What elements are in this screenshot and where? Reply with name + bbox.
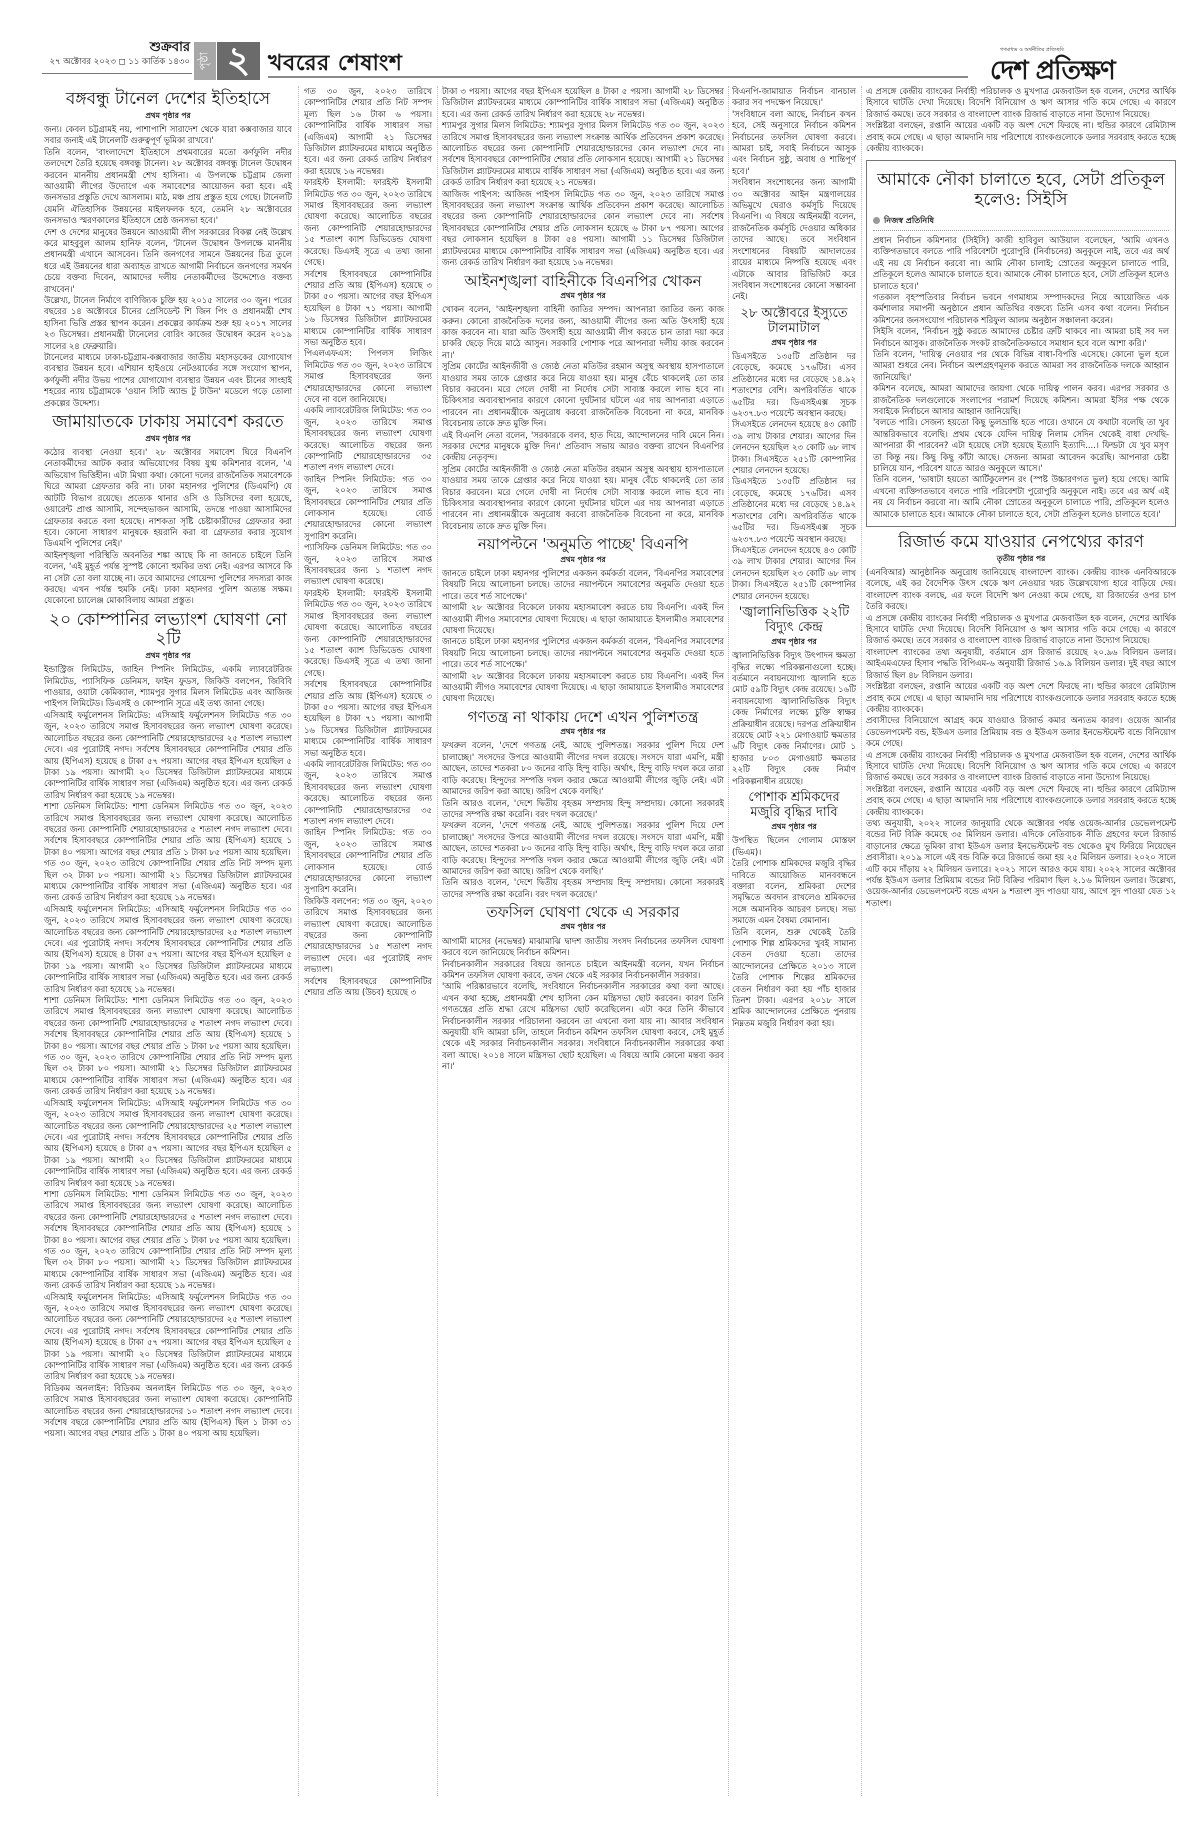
paragraph: জাহিন স্পিনিং লিমিটেড: গত ৩০ জুন, ২০২৩ ত… xyxy=(304,474,432,542)
article-power: 'জ্বালানিভিত্তিক ২২টি বিদ্যুৎ কেন্দ্র প্… xyxy=(732,606,856,787)
paragraph: তিনি আরও বলেন, 'দেশে দ্বিতীয় বৃহত্তম সম… xyxy=(442,877,724,900)
paragraph: নির্বাচনকালীন সরকারের বিষয়ে জানতে চাইলে… xyxy=(442,959,724,982)
paragraph: কঠোর ব্যবস্থা নেওয়া হবে।' ২৮ অক্টোবর সম… xyxy=(44,447,292,550)
continuation-label: প্রথম পৃষ্ঠার পর xyxy=(44,110,292,121)
paragraph: 'বলতে পারি। সেজন্য হয়তো কিছু ভুলভ্রান্ত… xyxy=(873,417,1169,474)
paragraph: এসিআই ফর্মুলেশনস লিমিটেড: এসিআই ফর্মুলেশ… xyxy=(44,1292,292,1383)
paragraph: টাকা ৩ পয়সা। আগের বছর ইপিএস হয়েছিল ৪ ট… xyxy=(442,86,724,120)
paragraph: শাশা ডেনিমস লিমিটেড: শাশা ডেনিমস লিমিটেড… xyxy=(44,801,292,858)
paragraph: একমি ল্যাবরেটরিজ লিমিটেড: গত ৩০ জুন, ২০২… xyxy=(304,405,432,473)
paragraph: পিএলএফএস: পিপলস লিজিং লিমিটেড গত ৩০ জুন,… xyxy=(304,348,432,405)
paragraph: সর্বশেষ হিসাববছরে কোম্পানিটির শেয়ার প্র… xyxy=(304,679,432,759)
paragraph: টানেলের মাধ্যমে ঢাকা-চট্টগ্রাম-কক্সবাজার… xyxy=(44,352,292,409)
headline: গণতন্ত্র না থাকায় দেশে এখন পুলিশতন্ত্র xyxy=(442,709,724,726)
headline: নয়াপল্টনে 'অনুমতি পাচ্ছে' বিএনপি xyxy=(442,536,724,553)
continuation-label: প্রথম পৃষ্ঠার পর xyxy=(732,337,856,348)
headline: রিজার্ভ কমে যাওয়ার নেপথ্যের কারণ xyxy=(866,533,1176,553)
paragraph: 'সংবিধানে বলা আছে, নির্বাচন কখন হবে, সেই… xyxy=(732,109,856,177)
paragraph: একমি ল্যাবরেটরিজ লিমিটেড: গত ৩০ জুন, ২০২… xyxy=(304,759,432,827)
paragraph: এ প্রসঙ্গে কেন্দ্রীয় ব্যাংকের নির্বাহী … xyxy=(866,86,1176,120)
paragraph: ডিএসইতে ১৩৫টি প্রতিষ্ঠান দর বেড়েছে, কমে… xyxy=(732,351,856,419)
paragraph: তিনি আরও বলেন, 'দেশে দ্বিতীয় বৃহত্তম সম… xyxy=(442,798,724,821)
headline: জামায়াতকে ঢাকায় সমাবেশ করতে xyxy=(44,413,292,433)
boxed-article-cec: আমাকে নৌকা চালাতে হবে, সেটা প্রতিকূল হলে… xyxy=(866,160,1176,527)
paragraph: সর্বশেষ হিসাববছরে কোম্পানিটির শেয়ার প্র… xyxy=(304,976,432,999)
paragraph: উপস্থিত ছিলেন গোলাম মোস্তফা (ভিএম)। xyxy=(732,835,856,858)
paragraph: দেশ ও দেশের মানুষের উন্নয়নে আওয়ামী লীগ… xyxy=(44,227,292,295)
article-jamaat: জামায়াতকে ঢাকায় সমাবেশ করতে প্রথম পৃষ্… xyxy=(44,413,292,607)
paragraph: জানতে চাইলে ঢাকা মহানগর পুলিশের একজন কর্… xyxy=(442,568,724,602)
headline: ২৮ অক্টোবরে ইস্যুতে টালমাটাল xyxy=(732,307,856,337)
paragraph: গত ৩০ জুন, ২০২৩ তারিখে কোম্পানিটির শেয়া… xyxy=(44,1052,292,1098)
paragraph: সংশ্লিষ্টরা বলছেন, রপ্তানি আয়ের একটি বড… xyxy=(866,120,1176,154)
paragraph: গত ৩০ জুন, ২০২৩ তারিখে কোম্পানিটির শেয়া… xyxy=(44,1246,292,1292)
paragraph: গতকাল বৃহস্পতিবার নির্বাচন ভবনে গণমাধ্যম… xyxy=(873,292,1169,326)
weekday: শুক্রবার xyxy=(40,40,190,56)
paragraph: জাহিন স্পিনিং লিমিটেড: গত ৩০ জুন, ২০২৩ ত… xyxy=(304,827,432,895)
page-label: পৃষ্ঠা xyxy=(194,42,216,80)
bullet-icon xyxy=(873,217,880,224)
article-police-state: গণতন্ত্র না থাকায় দেশে এখন পুলিশতন্ত্র … xyxy=(442,709,724,900)
article-dividend: ২০ কোম্পানির লভ্যাংশ ঘোষণা নো ২টি প্রথম … xyxy=(44,611,292,1440)
article-reserve: রিজার্ভ কমে যাওয়ার নেপথ্যের কারণ তৃতীয়… xyxy=(866,533,1176,909)
paragraph: প্রবাসীদের বিনিয়োগে আগ্রহ কমে যাওয়াও র… xyxy=(866,715,1176,749)
paragraph: জিকিউ বলপেন: গত ৩০ জুন, ২০২৩ তারিখে সমাপ… xyxy=(304,896,432,976)
paragraph: আগামী ২৮ অক্টোবর বিকেলে ঢাকায় মহাসমাবেশ… xyxy=(442,602,724,636)
paragraph: তথ্য অনুযায়ী, ২০২২ সালের জানুয়ারি থেকে… xyxy=(866,818,1176,909)
headline: পোশাক শ্রমিকদের মজুরি বৃদ্ধির দাবি xyxy=(732,791,856,821)
paragraph: তৈরি পোশাক শ্রমিকদের মজুরি বৃদ্ধির দাবিত… xyxy=(732,858,856,926)
column-5: এ প্রসঙ্গে কেন্দ্রীয় ব্যাংকের নির্বাহী … xyxy=(866,86,1176,1826)
article-caretaker: তফসিল ঘোষণা থেকে এ সরকার প্রথম পৃষ্ঠার প… xyxy=(442,904,724,1073)
paragraph: (এনবিআর) আনুষ্ঠানিক অনুরোধ জানিয়েছে বাং… xyxy=(866,567,1176,613)
column-divider xyxy=(437,86,438,1796)
headline: ২০ কোম্পানির লভ্যাংশ ঘোষণা নো ২টি xyxy=(44,611,292,650)
paragraph: জন্য। কেবল চট্টগ্রামই নয়, পাশাপাশি সারা… xyxy=(44,124,292,147)
paragraph: জ্বালানিভিত্তিক বিদ্যুৎ উৎপাদন ক্ষমতা বৃ… xyxy=(732,650,856,787)
column-1: বঙ্গবন্ধু টানেল দেশের ইতিহাসে প্রথম পৃষ্… xyxy=(44,86,292,1786)
continuation-label: প্রথম পৃষ্ঠার পর xyxy=(442,554,724,565)
paragraph: কমিশন বলেছে, আমরা আমাদের জায়গা থেকে দায… xyxy=(873,383,1169,417)
paragraph: এ প্রসঙ্গে কেন্দ্রীয় ব্যাংকের নির্বাহী … xyxy=(866,613,1176,647)
paragraph: ফারইস্ট ইসলামী: ফারইস্ট ইসলামী লিমিটেড গ… xyxy=(304,177,432,268)
paragraph: ডিএসইতে ১৩৫টি প্রতিষ্ঠান দর বেড়েছে, কমে… xyxy=(732,476,856,544)
paragraph: এসিআই ফর্মুলেশনস লিমিটেড: এসিআই ফর্মুলেশ… xyxy=(44,904,292,995)
continuation-label: প্রথম পৃষ্ঠার পর xyxy=(44,650,292,661)
paragraph: তিনি বলেন, 'ভাষাটা হয়তো আর্টিকুলেশন রং … xyxy=(873,474,1169,520)
paragraph: ইন্ডাস্ট্রিজ লিমিটেড, জাহিন স্পিনিং লিমি… xyxy=(44,664,292,710)
headline: তফসিল ঘোষণা থেকে এ সরকার xyxy=(442,904,724,921)
paragraph: জানতে চাইলে ঢাকা মহানগর পুলিশের একজন কর্… xyxy=(442,636,724,670)
paragraph: এই বিএনপি নেতা বলেন, 'সরকারকে বলব, হাত দ… xyxy=(442,430,724,464)
paragraph: সংবিধান সংশোধনের জন্য আগামী ৩০ অক্টোবর আ… xyxy=(732,177,856,302)
article-nayapaltan: নয়াপল্টনে 'অনুমতি পাচ্ছে' বিএনপি প্রথম … xyxy=(442,536,724,705)
date-divider xyxy=(42,73,192,74)
paragraph: খোকন বলেন, 'আইনশৃঙ্খলা বাহিনী জাতির সম্প… xyxy=(442,304,724,361)
paragraph: তিনি বলেন, 'বাংলাদেশে ইতিহাসে প্রথমবারের… xyxy=(44,147,292,227)
column-divider xyxy=(728,86,729,1796)
paragraph: উল্লেখ্য, টানেল নির্মাণে বাণিজ্যিক চুক্ত… xyxy=(44,295,292,352)
column-divider xyxy=(861,86,862,1796)
article-issue-28: ২৮ অক্টোবরে ইস্যুতে টালমাটাল প্রথম পৃষ্ঠ… xyxy=(732,307,856,602)
paragraph: বিএনপি-জামায়াত নির্বাচন বানচাল করার সব … xyxy=(732,86,856,109)
headline: 'জ্বালানিভিত্তিক ২২টি বিদ্যুৎ কেন্দ্র xyxy=(732,606,856,636)
paragraph: সংশ্লিষ্টরা বলছেন, রপ্তানি আয়ের একটি বড… xyxy=(866,784,1176,818)
continuation-label: প্রথম পৃষ্ঠার পর xyxy=(44,433,292,444)
paragraph: ফখরুল বলেন, 'দেশে গণতন্ত্র নেই, আছে পুলি… xyxy=(442,820,724,877)
paragraph: ফারইস্ট ইসলামী: ফারইস্ট ইসলামী লিমিটেড গ… xyxy=(304,588,432,679)
paragraph: এ প্রসঙ্গে কেন্দ্রীয় ব্যাংকের নির্বাহী … xyxy=(866,750,1176,784)
paragraph: শ্যামপুর সুগার মিলস লিমিটেড: শ্যামপুর সু… xyxy=(442,120,724,188)
continuation-label: প্রথম পৃষ্ঠার পর xyxy=(442,726,724,737)
paragraph: সর্বশেষ হিসাববছরে কোম্পানিটির শেয়ার প্র… xyxy=(304,269,432,349)
continuation-label: প্রথম পৃষ্ঠার পর xyxy=(442,290,724,301)
column-4: বিএনপি-জামায়াত নির্বাচন বানচাল করার সব … xyxy=(732,86,856,1826)
paragraph: বিডিকম অনলাইন: বিডিকম অনলাইন লিমিটেড গত … xyxy=(44,1383,292,1440)
paragraph: শাশা ডেনিমস লিমিটেড: শাশা ডেনিমস লিমিটেড… xyxy=(44,995,292,1052)
publication-date: ২৭ অক্টোবর ২০২৩ ◻ ১১ কার্তিক ১৪৩০ xyxy=(40,56,190,68)
article-tunnel: বঙ্গবন্ধু টানেল দেশের ইতিহাসে প্রথম পৃষ্… xyxy=(44,90,292,409)
column-3: টাকা ৩ পয়সা। আগের বছর ইপিএস হয়েছিল ৪ ট… xyxy=(442,86,724,1826)
paragraph: প্রধান নির্বাচন কমিশনার (সিইসি) কাজী হাব… xyxy=(873,235,1169,292)
paragraph: 'আমি পরিষ্কারভাবে বলেছি, সংবিধানে নির্বা… xyxy=(442,981,724,1072)
paragraph: প্যাসিফিক ডেনিমস লিমিটেড: গত ৩০ জুন, ২০২… xyxy=(304,542,432,588)
headline: বঙ্গবন্ধু টানেল দেশের ইতিহাসে xyxy=(44,90,292,110)
column-2: গত ৩০ জুন, ২০২৩ তারিখে কোম্পানিটির শেয়া… xyxy=(304,86,432,1826)
paragraph: বাংলাদেশ ব্যাংকের তথ্য অনুযায়ী, বর্তমান… xyxy=(866,647,1176,681)
date-block: শুক্রবার ২৭ অক্টোবর ২০২৩ ◻ ১১ কার্তিক ১৪… xyxy=(40,40,190,68)
continuation-label: প্রথম পৃষ্ঠার পর xyxy=(442,921,724,932)
paragraph: আইনশৃঙ্খলা পরিস্থিতি অবনতির শঙ্কা আছে কি… xyxy=(44,550,292,607)
headline: আইনশৃঙ্খলা বাহিনীকে বিএনপির খোকন xyxy=(442,273,724,290)
paragraph: সংশ্লিষ্টরা বলছেন, রপ্তানি আয়ের একটি বড… xyxy=(866,681,1176,715)
paragraph: সিএসইতে লেনদেন হয়েছে ৪৩ কোটি ৩৯ লাখ টাক… xyxy=(732,419,856,476)
paragraph: তিনি বলেন, শুরু থেকেই তৈরি পোশাক শিল্প শ… xyxy=(732,927,856,1030)
page-number: ২ xyxy=(217,42,260,80)
article-khokon: আইনশৃঙ্খলা বাহিনীকে বিএনপির খোকন প্রথম প… xyxy=(442,273,724,533)
section-divider xyxy=(268,76,968,78)
paragraph: আগামী মাসের (নভেম্বর) মাঝামাঝি দ্বাদশ জা… xyxy=(442,936,724,959)
paragraph: গত ৩০ জুন, ২০২৩ তারিখে কোম্পানিটির শেয়া… xyxy=(304,86,432,177)
byline: নিজস্ব প্রতিনিধি xyxy=(873,215,1169,231)
paragraph: এসিআই ফর্মুলেশনস লিমিটেড: এসিআই ফর্মুলেশ… xyxy=(44,710,292,801)
paragraph: আগামী ২৮ অক্টোবর বিকেলে ঢাকায় মহাসমাবেশ… xyxy=(442,671,724,705)
paragraph: গত ৩০ জুন, ২০২৩ তারিখে কোম্পানিটির শেয়া… xyxy=(44,858,292,904)
continuation-label: তৃতীয় পৃষ্ঠার পর xyxy=(866,553,1176,564)
column-divider xyxy=(298,86,299,1796)
paragraph: শাশা ডেনিমস লিমিটেড: শাশা ডেনিমস লিমিটেড… xyxy=(44,1189,292,1246)
paragraph: সিএসইতে লেনদেন হয়েছে ৪৩ কোটি ৩৯ লাখ টাক… xyxy=(732,545,856,602)
paragraph: এসিআই ফর্মুলেশনস লিমিটেড: এসিআই ফর্মুলেশ… xyxy=(44,1098,292,1189)
continuation-label: প্রথম পৃষ্ঠার পর xyxy=(732,821,856,832)
byline-text: নিজস্ব প্রতিনিধি xyxy=(884,216,934,225)
paragraph: সুপ্রিম কোর্টের আইনজীবী ও জ্যেষ্ঠ নেতা ম… xyxy=(442,464,724,532)
continuation-label: প্রথম পৃষ্ঠার পর xyxy=(732,636,856,647)
headline: আমাকে নৌকা চালাতে হবে, সেটা প্রতিকূল হলে… xyxy=(873,171,1169,210)
paragraph: আজিজ পাইপস: আজিজ পাইপস লিমিটেড গত ৩০ জুন… xyxy=(442,189,724,269)
paragraph: সুপ্রিম কোর্টের আইনজীবী ও জ্যেষ্ঠ নেতা ম… xyxy=(442,361,724,429)
masthead: শুক্রবার ২৭ অক্টোবর ২০২৩ ◻ ১১ কার্তিক ১৪… xyxy=(0,0,1200,80)
paragraph: ফখরুল বলেন, 'দেশে গণতন্ত্র নেই, আছে পুলি… xyxy=(442,740,724,797)
paragraph: সিইসি বলেন, 'নির্বাচন সুষ্ঠু করতে আমাদের… xyxy=(873,326,1169,349)
article-garment: পোশাক শ্রমিকদের মজুরি বৃদ্ধির দাবি প্রথম… xyxy=(732,791,856,1029)
paragraph: তিনি বলেন, 'দায়িত্ব নেওয়ার পর থেকে বিভ… xyxy=(873,349,1169,383)
